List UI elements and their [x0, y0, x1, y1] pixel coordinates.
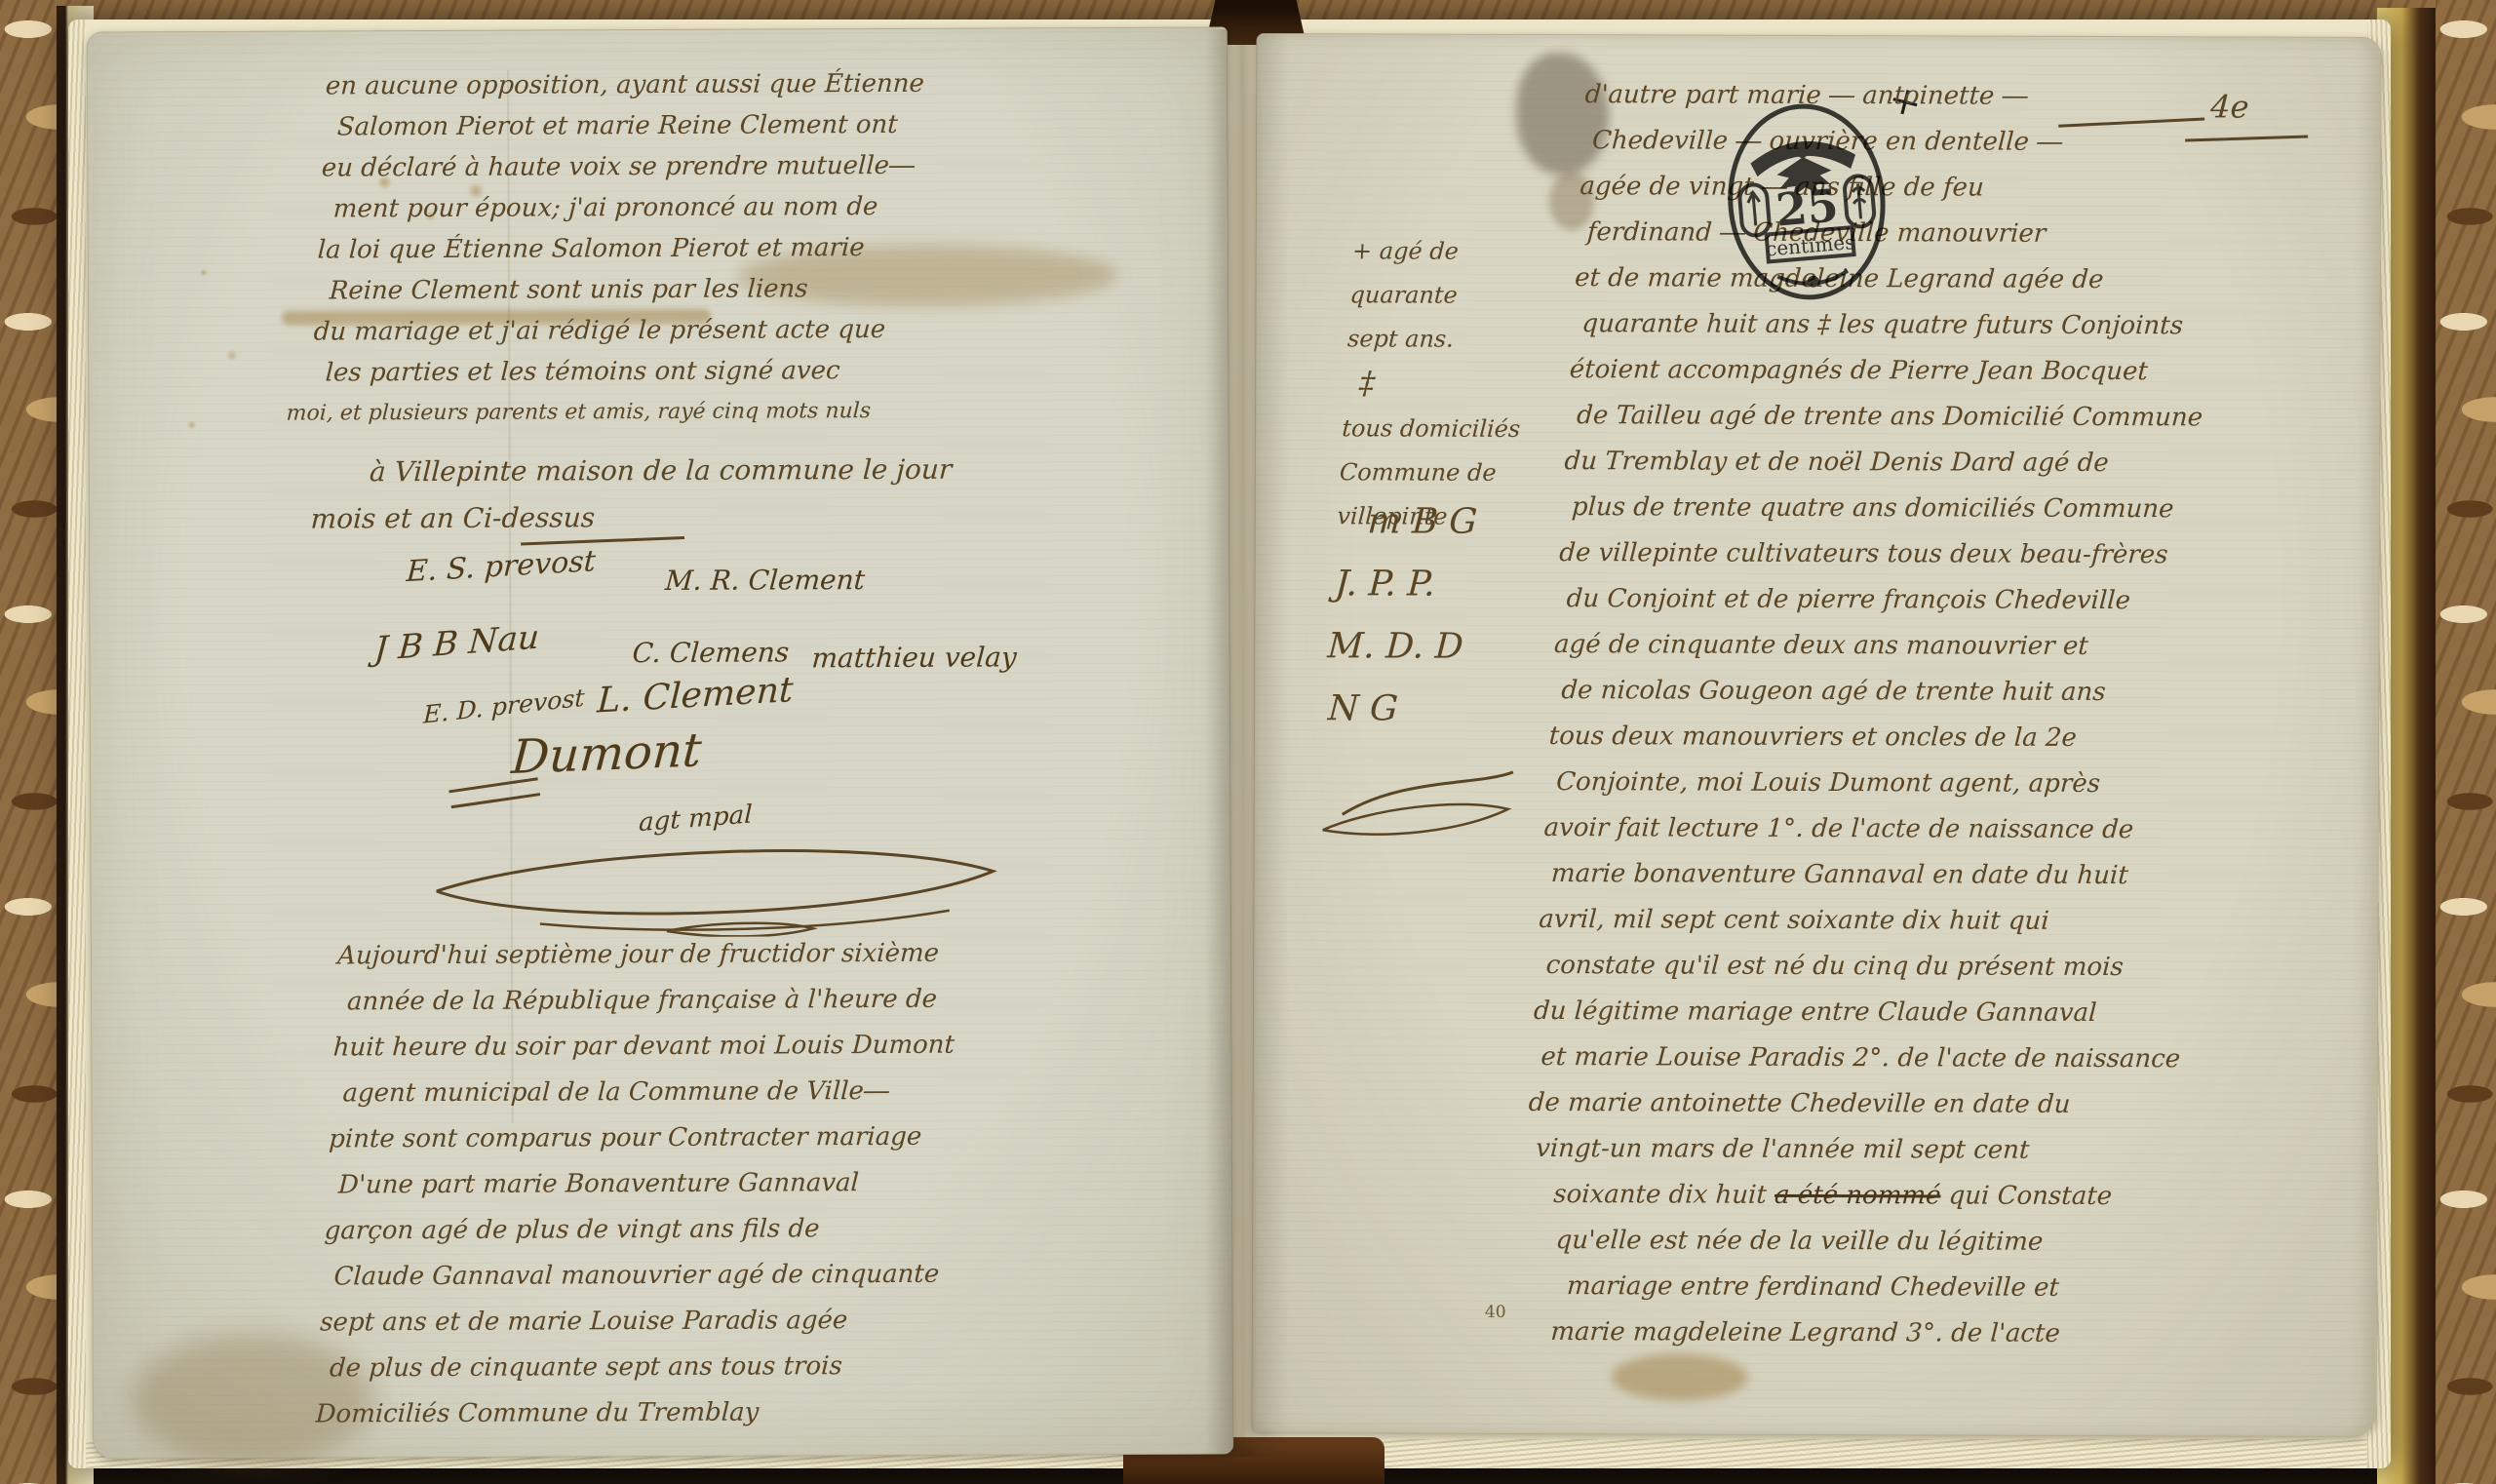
- folio-number: 40: [1485, 1303, 1506, 1322]
- right-page: 4e + + agé dequarantesept ans. ‡ tous do…: [1251, 33, 2381, 1437]
- place-date-lines: à Villepinte maison de la commune le jou…: [310, 447, 954, 543]
- manuscript-line: année de la République française à l'heu…: [346, 977, 957, 1026]
- manuscript-line: de villepinte cultivateurs tous deux bea…: [1558, 530, 2209, 578]
- manuscript-line: Domiciliés Commune du Tremblay: [315, 1389, 938, 1438]
- manuscript-line: plus de trente quatre ans domiciliés Com…: [1571, 485, 2212, 532]
- manuscript-line: huit heure du soir par devant moi Louis …: [332, 1023, 955, 1072]
- manuscript-line: de Tailleu agé de trente ans Domicilié C…: [1576, 393, 2217, 441]
- manuscript-line: du Conjoint et de pierre françois Chedev…: [1565, 576, 2206, 624]
- strike-pre: soixante dix huit: [1553, 1180, 1775, 1210]
- register-book-photo: en aucune opposition, ayant aussi que Ét…: [0, 0, 2496, 1484]
- manuscript-line: ferdinand ― Chedeville manouvrier: [1585, 210, 2227, 257]
- margin-note-line: + agé de: [1351, 229, 1462, 273]
- manuscript-line: moi, et plusieurs parents et amis, rayé …: [286, 391, 910, 435]
- margin-initial: N G: [1326, 678, 1468, 740]
- signature-m-r-clement: M. R. Clement: [664, 564, 866, 597]
- manuscript-line: marie magdeleine Legrand 3°. de l'acte: [1549, 1309, 2061, 1357]
- margin-note-line: sept ans.: [1346, 317, 1457, 361]
- manuscript-line: Reine Clement sont unis par les liens: [329, 268, 916, 312]
- page-edges-left: [68, 20, 86, 1468]
- manuscript-line: du mariage et j'ai rédigé le présent act…: [313, 309, 914, 353]
- insertion-mark: ‡: [1358, 364, 1376, 401]
- margin-note-line: tous domiciliés: [1341, 407, 1521, 451]
- manuscript-line: mariage entre ferdinand Chedeville et: [1566, 1264, 2064, 1311]
- manuscript-line: marie bonaventure Gannaval en date du hu…: [1550, 851, 2192, 899]
- manuscript-line: de nicolas Gougeon agé de trente huit an…: [1560, 668, 2202, 716]
- signature-c-clemens: C. Clemens: [632, 636, 791, 669]
- manuscript-line: la loi que Étienne Salomon Pierot et mar…: [317, 227, 917, 271]
- margin-initial: J. P. P.: [1333, 553, 1475, 615]
- cartouche-right-icon: [1844, 175, 1875, 227]
- ink-flourish: [422, 828, 1027, 938]
- manuscript-line: agent municipal de la Commune de Ville―: [341, 1069, 953, 1117]
- marbled-cover-right: [2436, 0, 2496, 1484]
- manuscript-line: les parties et les témoins ont signé ave…: [325, 350, 912, 394]
- left-page: en aucune opposition, ayant aussi que Ét…: [87, 26, 1233, 1459]
- ink-equals-mark: [448, 777, 540, 808]
- ink-stain: [1612, 1353, 1748, 1400]
- manuscript-line: du légitime mariage entre Claude Gannava…: [1533, 989, 2184, 1036]
- manuscript-line: Chedeville ― ouvrière en dentelle ―: [1591, 118, 2233, 166]
- act-closing-paragraph: en aucune opposition, ayant aussi que Ét…: [309, 63, 925, 435]
- new-act-paragraph: Aujourd'hui septième jour de fructidor s…: [315, 931, 960, 1438]
- manuscript-line: agé de cinquante deux ans manouvrier et: [1553, 622, 2204, 670]
- cartouche-left-icon: [1738, 183, 1770, 236]
- manuscript-line: eu déclaré à haute voix se prendre mutue…: [321, 145, 921, 189]
- manuscript-line: et marie Louise Paradis 2°. de l'acte de…: [1540, 1035, 2181, 1082]
- ink-stain: [153, 232, 281, 457]
- struck-words: a été nommé: [1774, 1181, 1941, 1211]
- signature-dumont: Dumont: [510, 722, 703, 785]
- manuscript-line: à Villepinte maison de la commune le jou…: [369, 447, 954, 496]
- signature-e-s-prevost: E. S. prevost: [406, 544, 597, 589]
- ink-paraph: [1313, 758, 1528, 846]
- manuscript-line: garçon agé de plus de vingt ans fils de: [324, 1206, 947, 1255]
- manuscript-line: tous deux manouvriers et oncles de la 2e: [1548, 714, 2200, 762]
- manuscript-line: d'autre part marie ― antoinette ―: [1583, 72, 2235, 120]
- manuscript-line: Aujourd'hui septième jour de fructidor s…: [336, 931, 959, 980]
- signature-matthieu-velay: matthieu velay: [811, 641, 1018, 674]
- wreath-icon: [1777, 271, 1849, 291]
- manuscript-line: quarante huit ans ‡ les quatre futurs Co…: [1580, 301, 2222, 349]
- margin-note-age: + agé dequarantesept ans.: [1346, 229, 1462, 361]
- manuscript-line: avoir fait lecture 1°. de l'acte de nais…: [1542, 805, 2194, 853]
- signature-e-d-prevost: E. D. prevost: [423, 683, 585, 729]
- manuscript-line: agée de vingt ― ans fille de feu: [1579, 164, 2230, 212]
- manuscript-line: constate qu'il est né du cinq du présent…: [1544, 943, 2186, 991]
- margin-initials: m B GJ. P. P.M. D. DN G: [1326, 490, 1479, 740]
- margin-note-line: Commune de: [1339, 450, 1519, 495]
- manuscript-line: sept ans et de marie Louise Paradis agée: [319, 1298, 942, 1347]
- manuscript-line: étoient accompagnés de Pierre Jean Bocqu…: [1569, 347, 2220, 395]
- manuscript-line: avril, mil sept cent soixante dix huit q…: [1538, 897, 2189, 945]
- manuscript-line: mois et an Ci-dessus: [310, 493, 952, 543]
- signature-l-clement: L. Clement: [596, 670, 794, 721]
- manuscript-line-with-strikeout: soixante dix huit a été nommé qui Consta…: [1552, 1172, 2113, 1220]
- manuscript-line: qu'elle est née de la veille du légitime: [1554, 1218, 2066, 1266]
- manuscript-line: Claude Gannaval manouvrier agé de cinqua…: [332, 1252, 944, 1301]
- manuscript-line: de marie antoinette Chedeville en date d…: [1528, 1080, 2179, 1128]
- manuscript-line: du Tremblay et de noël Denis Dard agé de: [1563, 439, 2214, 487]
- manuscript-line: et de marie magdeleine Legrand agée de: [1574, 255, 2225, 303]
- margin-initial: m B G: [1366, 490, 1479, 553]
- marbled-cover-left: [0, 0, 57, 1484]
- manuscript-line: pinte sont comparus pour Contracter mari…: [328, 1114, 951, 1163]
- manuscript-line: ment pour époux; j'ai prononcé au nom de: [332, 186, 919, 230]
- signature-j-b-b-nau: J B B Nau: [373, 618, 541, 669]
- margin-initial: M. D. D: [1326, 615, 1472, 678]
- strike-post: qui Constate: [1940, 1181, 2113, 1211]
- manuscript-line: Salomon Pierot et marie Reine Clement on…: [336, 104, 923, 148]
- manuscript-line: D'une part marie Bonaventure Gannaval: [337, 1160, 949, 1209]
- manuscript-line: en aucune opposition, ayant aussi que Ét…: [325, 63, 925, 107]
- manuscript-line: Conjointe, moi Louis Dumont agent, après: [1555, 760, 2197, 807]
- margin-note-line: quarante: [1348, 273, 1459, 317]
- revenue-stamp-25-centimes: 25 centimes: [1714, 92, 1898, 312]
- manuscript-line: de plus de cinquante sept ans tous trois: [329, 1344, 940, 1392]
- manuscript-line: vingt-un mars de l'année mil sept cent: [1535, 1126, 2176, 1174]
- act-main-paragraph-end: qu'elle est née de la veille du légitime…: [1549, 1218, 2066, 1357]
